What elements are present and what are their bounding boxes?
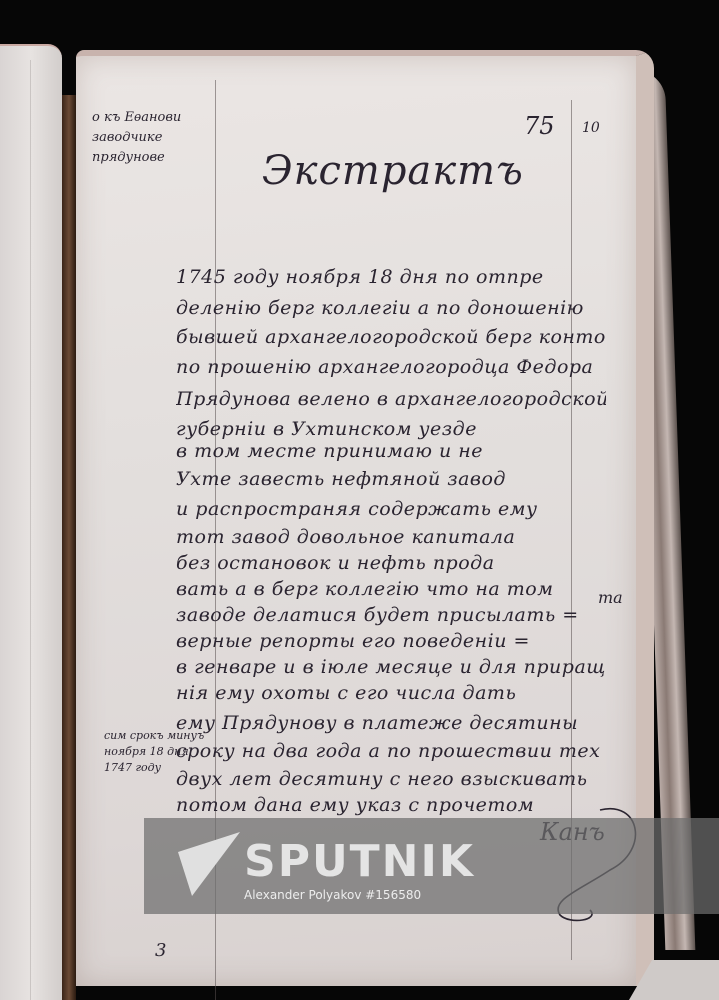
book-binding: [62, 95, 76, 1000]
margin-note-bottom-line: сим срокъ минуъ: [104, 728, 204, 744]
body-line: верные репорты его поведеніи =: [176, 630, 606, 652]
body-line: губерніи в Ухтинском уезде: [176, 418, 606, 440]
bottom-mark: 3: [155, 940, 166, 961]
body-line: вать а в берг коллегію что на том: [176, 578, 606, 600]
body-line: и распространяя содержать ему: [176, 498, 606, 520]
right-margin-note: та: [598, 588, 623, 607]
body-line: без остановок и нефть прода: [176, 552, 606, 574]
body-line: нія ему охоты с его числа дать: [176, 682, 606, 704]
watermark-credit: Alexander Polyakov #156580: [244, 888, 421, 902]
margin-note-bottom-line: 1747 году: [104, 760, 204, 776]
body-line: тот завод довольное капитала: [176, 526, 606, 548]
document-title: Экстрактъ: [262, 148, 524, 194]
body-line: сроку на два года а по прошествии тех: [176, 740, 606, 762]
body-line: ему Прядунову в платеже десятины: [176, 712, 606, 734]
body-line: бывшей архангелогородской берг конторы: [176, 326, 606, 348]
body-line: двух лет десятину с него взыскивать: [176, 768, 606, 790]
left-page: [0, 44, 62, 1000]
margin-note-top-line: о къ Еѳанови: [92, 108, 181, 128]
margin-note-top-line: прядунове: [92, 148, 181, 168]
left-page-edge-line: [30, 60, 31, 1000]
margin-note-bottom-line: ноября 18 дня: [104, 744, 204, 760]
sputnik-logo-icon: [178, 832, 242, 898]
body-line: по прошенію архангелогородца Федора: [176, 356, 606, 378]
watermark-band: SPUTNIK Alexander Polyakov #156580: [144, 818, 719, 914]
body-line: деленію берг коллегіи а по доношенію: [176, 297, 606, 319]
body-line: Прядунова велено в архангелогородской: [176, 388, 606, 410]
body-line: 1745 году ноября 18 дня по отпре: [176, 266, 606, 288]
body-line: в генваре и в іюле месяце и для прираще: [176, 656, 606, 678]
body-line: заводе делатися будет присылать =: [176, 604, 606, 626]
watermark-brand: SPUTNIK: [244, 836, 475, 887]
margin-note-bottom: сим срокъ минуъ ноября 18 дня 1747 году: [104, 728, 204, 776]
folio-number: 10: [582, 120, 600, 136]
margin-note-top: о къ Еѳанови заводчике прядунове: [92, 108, 181, 168]
margin-note-top-line: заводчике: [92, 128, 181, 148]
body-line: в том месте принимаю и не: [176, 440, 606, 462]
page-number: 75: [524, 112, 555, 140]
body-line: Ухте завесть нефтяной завод: [176, 468, 606, 490]
